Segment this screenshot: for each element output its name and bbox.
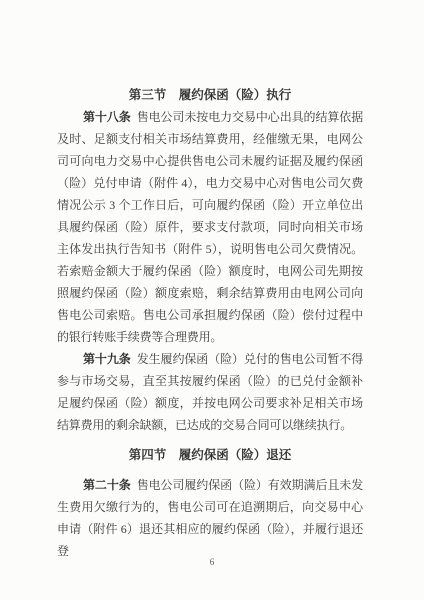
document-content: 第三节 履约保函（险）执行 第十八条售电公司未按电力交易中心出具的结算依据及时、… [57, 84, 363, 562]
article-19: 第十九条发生履约保函（险）兑付的售电公司暂不得参与市场交易，直至其按履约保函（险… [57, 348, 363, 436]
document-page: 第三节 履约保函（险）执行 第十八条售电公司未按电力交易中心出具的结算依据及时、… [0, 0, 424, 600]
article-20: 第二十条售电公司履约保函（险）有效期满后且未发生费用欠缴行为的，售电公司可在追溯… [57, 474, 363, 562]
section-header-4: 第四节 履约保函（险）退还 [57, 444, 363, 466]
article-20-number: 第二十条 [83, 478, 131, 492]
article-18-number: 第十八条 [83, 110, 131, 124]
article-19-number: 第十九条 [83, 352, 131, 366]
page-number: 6 [0, 557, 424, 567]
article-18-text: 售电公司未按电力交易中心出具的结算依据及时、足额支付相关市场结算费用，经催缴无果… [57, 110, 363, 344]
section-header-3: 第三节 履约保函（险）执行 [57, 84, 363, 106]
article-18: 第十八条售电公司未按电力交易中心出具的结算依据及时、足额支付相关市场结算费用，经… [57, 106, 363, 348]
